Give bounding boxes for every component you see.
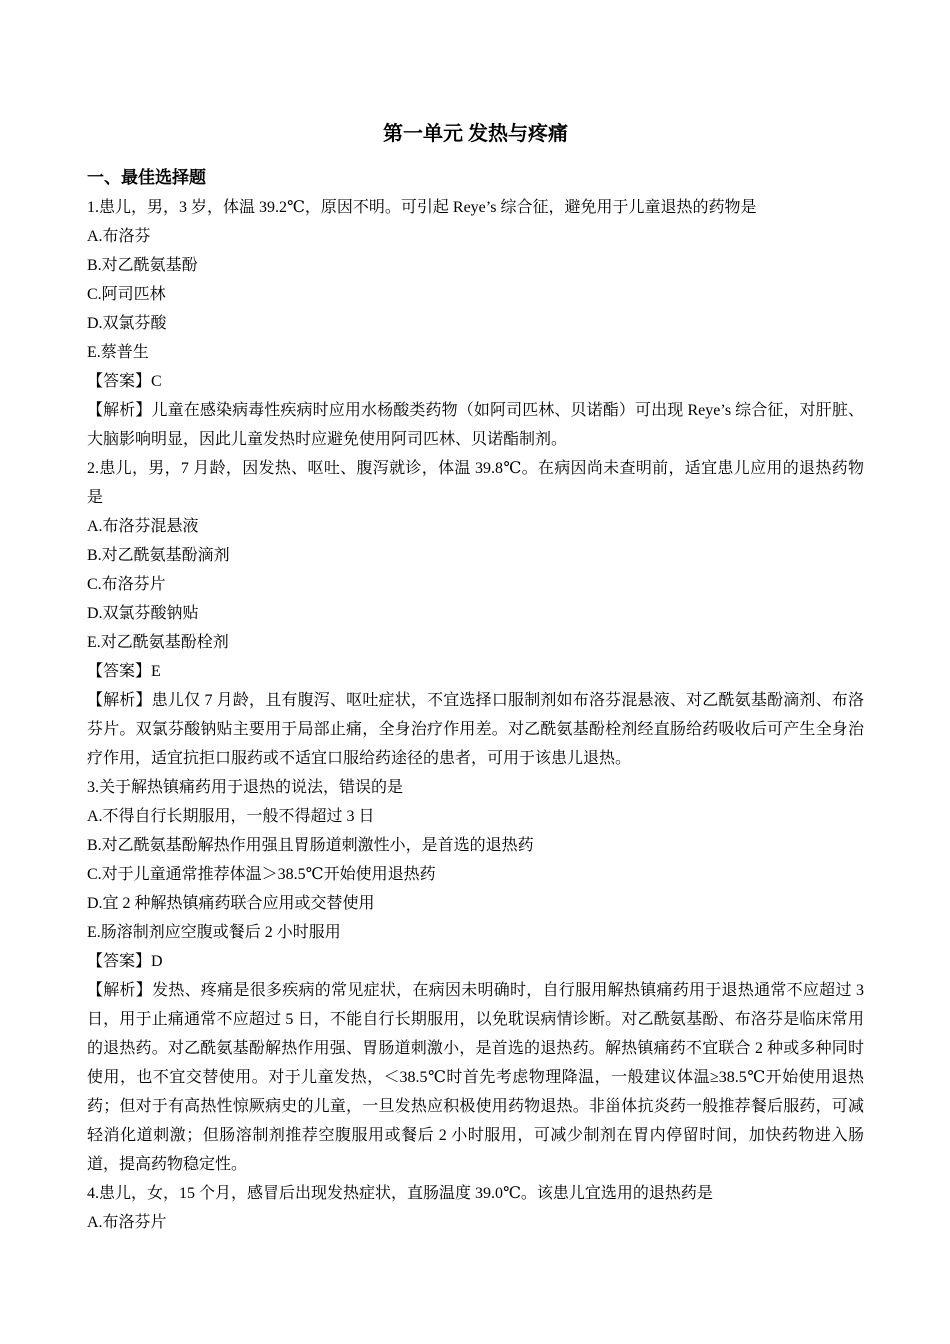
question-4: 4.患儿，女，15 个月，感冒后出现发热症状，直肠温度 39.0℃。该患儿宜选用… xyxy=(87,1179,864,1237)
q2-analysis: 【解析】患儿仅 7 月龄，且有腹泻、呕吐症状，不宜选择口服制剂如布洛芬混悬液、对… xyxy=(87,686,864,773)
q2-option-c: C.布洛芬片 xyxy=(87,570,864,599)
q3-analysis: 【解析】发热、疼痛是很多疾病的常见症状，在病因未明确时，自行服用解热镇痛药用于退… xyxy=(87,976,864,1179)
q3-option-b: B.对乙酰氨基酚解热作用强且胃肠道刺激性小，是首选的退热药 xyxy=(87,831,864,860)
document-page: 第一单元 发热与疼痛 一、最佳选择题 1.患儿，男，3 岁，体温 39.2℃，原… xyxy=(0,0,950,1344)
q2-stem: 2.患儿，男，7 月龄，因发热、呕吐、腹泻就诊，体温 39.8℃。在病因尚未查明… xyxy=(87,454,864,512)
q1-analysis: 【解析】儿童在感染病毒性疾病时应用水杨酸类药物（如阿司匹林、贝诺酯）可出现 Re… xyxy=(87,396,864,454)
q1-option-d: D.双氯芬酸 xyxy=(87,309,864,338)
q1-option-c: C.阿司匹林 xyxy=(87,280,864,309)
q1-option-b: B.对乙酰氨基酚 xyxy=(87,251,864,280)
q2-option-b: B.对乙酰氨基酚滴剂 xyxy=(87,541,864,570)
document-title: 第一单元 发热与疼痛 xyxy=(87,120,864,148)
q1-option-e: E.蔡普生 xyxy=(87,338,864,367)
q3-option-c: C.对于儿童通常推荐体温＞38.5℃开始使用退热药 xyxy=(87,860,864,889)
question-2: 2.患儿，男，7 月龄，因发热、呕吐、腹泻就诊，体温 39.8℃。在病因尚未查明… xyxy=(87,454,864,773)
question-3: 3.关于解热镇痛药用于退热的说法，错误的是 A.不得自行长期服用，一般不得超过 … xyxy=(87,773,864,1179)
q4-option-a: A.布洛芬片 xyxy=(87,1208,864,1237)
q1-option-a: A.布洛芬 xyxy=(87,222,864,251)
q3-option-d: D.宜 2 种解热镇痛药联合应用或交替使用 xyxy=(87,889,864,918)
q3-stem: 3.关于解热镇痛药用于退热的说法，错误的是 xyxy=(87,773,864,802)
q3-option-e: E.肠溶制剂应空腹或餐后 2 小时服用 xyxy=(87,918,864,947)
q3-option-a: A.不得自行长期服用，一般不得超过 3 日 xyxy=(87,802,864,831)
q3-answer: 【答案】D xyxy=(87,947,864,976)
q2-answer: 【答案】E xyxy=(87,657,864,686)
q4-stem: 4.患儿，女，15 个月，感冒后出现发热症状，直肠温度 39.0℃。该患儿宜选用… xyxy=(87,1179,864,1208)
q2-option-d: D.双氯芬酸钠贴 xyxy=(87,599,864,628)
q2-option-a: A.布洛芬混悬液 xyxy=(87,512,864,541)
question-1: 1.患儿，男，3 岁，体温 39.2℃，原因不明。可引起 Reye’s 综合征，… xyxy=(87,193,864,454)
q2-option-e: E.对乙酰氨基酚栓剂 xyxy=(87,628,864,657)
q1-stem: 1.患儿，男，3 岁，体温 39.2℃，原因不明。可引起 Reye’s 综合征，… xyxy=(87,193,864,222)
section-heading: 一、最佳选择题 xyxy=(87,163,864,193)
q1-answer: 【答案】C xyxy=(87,367,864,396)
